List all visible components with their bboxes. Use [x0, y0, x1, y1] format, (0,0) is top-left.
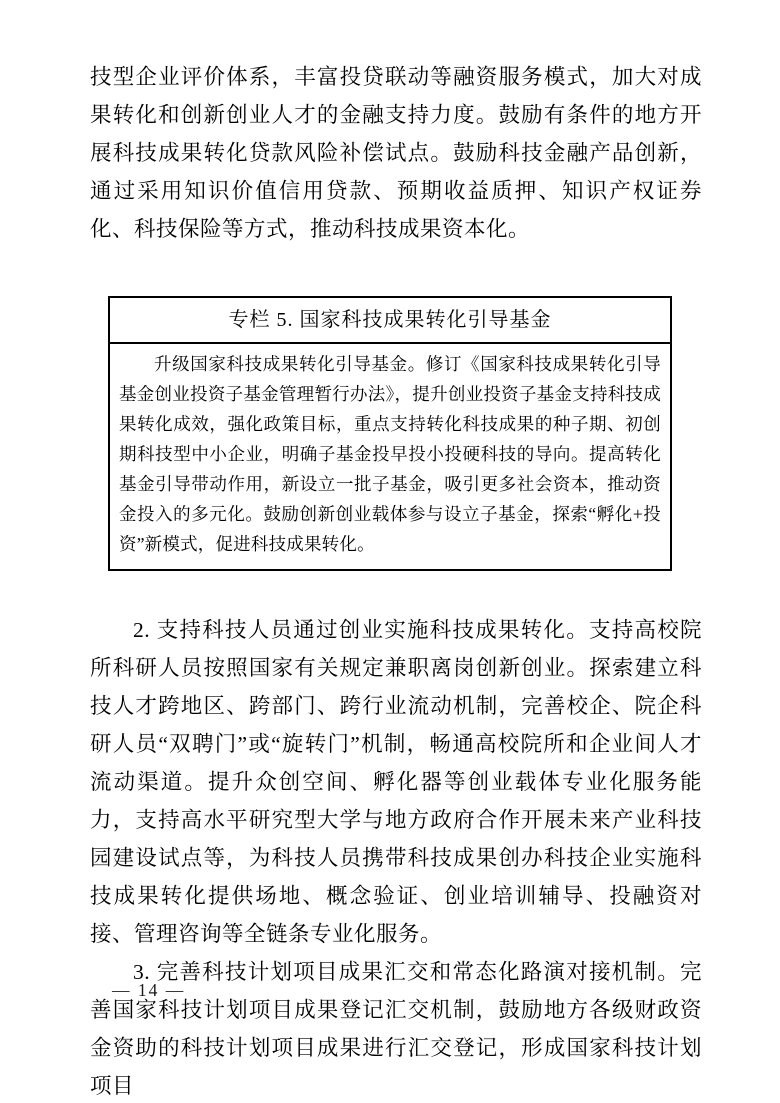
- callout-box-body: 升级国家科技成果转化引导基金。修订《国家科技成果转化引导基金创业投资子基金管理暂…: [110, 344, 670, 569]
- paragraph-2: 2. 支持科技人员通过创业实施科技成果转化。支持高校院所科研人员按照国家有关规定…: [90, 611, 702, 953]
- document-page: 技型企业评价体系，丰富投贷联动等融资服务模式，加大对成果转化和创新创业人才的金融…: [0, 0, 780, 1103]
- paragraph-opening: 技型企业评价体系，丰富投贷联动等融资服务模式，加大对成果转化和创新创业人才的金融…: [90, 58, 702, 248]
- callout-box: 专栏 5. 国家科技成果转化引导基金 升级国家科技成果转化引导基金。修订《国家科…: [108, 296, 672, 571]
- page-number: — 14 —: [112, 980, 185, 1001]
- page-body: 技型企业评价体系，丰富投贷联动等融资服务模式，加大对成果转化和创新创业人才的金融…: [90, 58, 702, 1103]
- callout-box-title: 专栏 5. 国家科技成果转化引导基金: [110, 298, 670, 344]
- paragraph-3: 3. 完善科技计划项目成果汇交和常态化路演对接机制。完善国家科技计划项目成果登记…: [90, 953, 702, 1103]
